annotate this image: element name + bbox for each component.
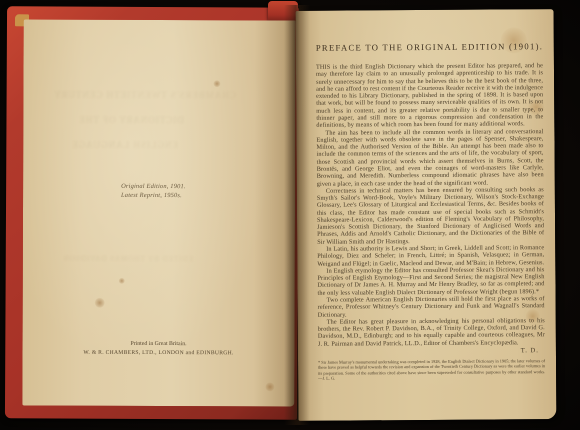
preface-paragraph-4: In Latin, his authority is Lewis and Sho… [317, 244, 544, 267]
imprint-line2: W. & R. CHAMBERS, LTD., LONDON and EDINB… [22, 349, 294, 359]
edition-stamp-line2: Latest Reprint, 1950s. [121, 191, 271, 201]
preface-paragraph-7: The Editor has great pleasure in acknowl… [318, 317, 545, 348]
bleedthrough-text: CHAMBERS'S TWENTIETH CENTURY [53, 90, 236, 101]
preface-body: THIS is the third English Dictionary whi… [316, 62, 545, 348]
preface-footnote: * Sir James Murray's monumental undertak… [318, 358, 545, 381]
editor-signature: T. D. [318, 347, 545, 356]
preface-title: PREFACE TO THE ORIGINAL EDITION (1901). [316, 41, 543, 53]
preface-paragraph-2: The aim has been to include all the comm… [316, 128, 543, 188]
preface-paragraph-6: Two complete American English Dictionari… [318, 295, 545, 318]
edition-stamp-line1: Original Edition, 1901. [121, 182, 271, 192]
bleedthrough-text: EDITED BY THOMAS DAVIDSON [63, 255, 193, 263]
book-photograph: CHAMBERS'S TWENTIETH CENTURY DICTIONARY … [0, 0, 580, 430]
left-page: CHAMBERS'S TWENTIETH CENTURY DICTIONARY … [22, 20, 295, 407]
preface-paragraph-3: Correctness in technical matters has bee… [317, 186, 544, 246]
preface-page-content: PREFACE TO THE ORIGINAL EDITION (1901). … [316, 41, 545, 381]
preface-paragraph-1: THIS is the third English Dictionary whi… [316, 62, 543, 129]
right-page: PREFACE TO THE ORIGINAL EDITION (1901). … [296, 9, 557, 421]
foxing-spot [213, 80, 220, 87]
edition-stamp: Original Edition, 1901. Latest Reprint, … [121, 182, 271, 201]
bleedthrough-text: DICTIONARY OF THE [78, 115, 184, 125]
bleedthrough-text: ENGLISH LANGUAGE [71, 140, 178, 150]
foxing-spot [119, 278, 125, 284]
preface-paragraph-5: In English etymology the Editor has cons… [317, 266, 544, 297]
foxing-spot [95, 298, 105, 308]
foxing-spot [265, 382, 274, 391]
printer-imprint: Printed in Great Britain. W. & R. CHAMBE… [22, 340, 294, 359]
spine-headcap [268, 1, 298, 21]
